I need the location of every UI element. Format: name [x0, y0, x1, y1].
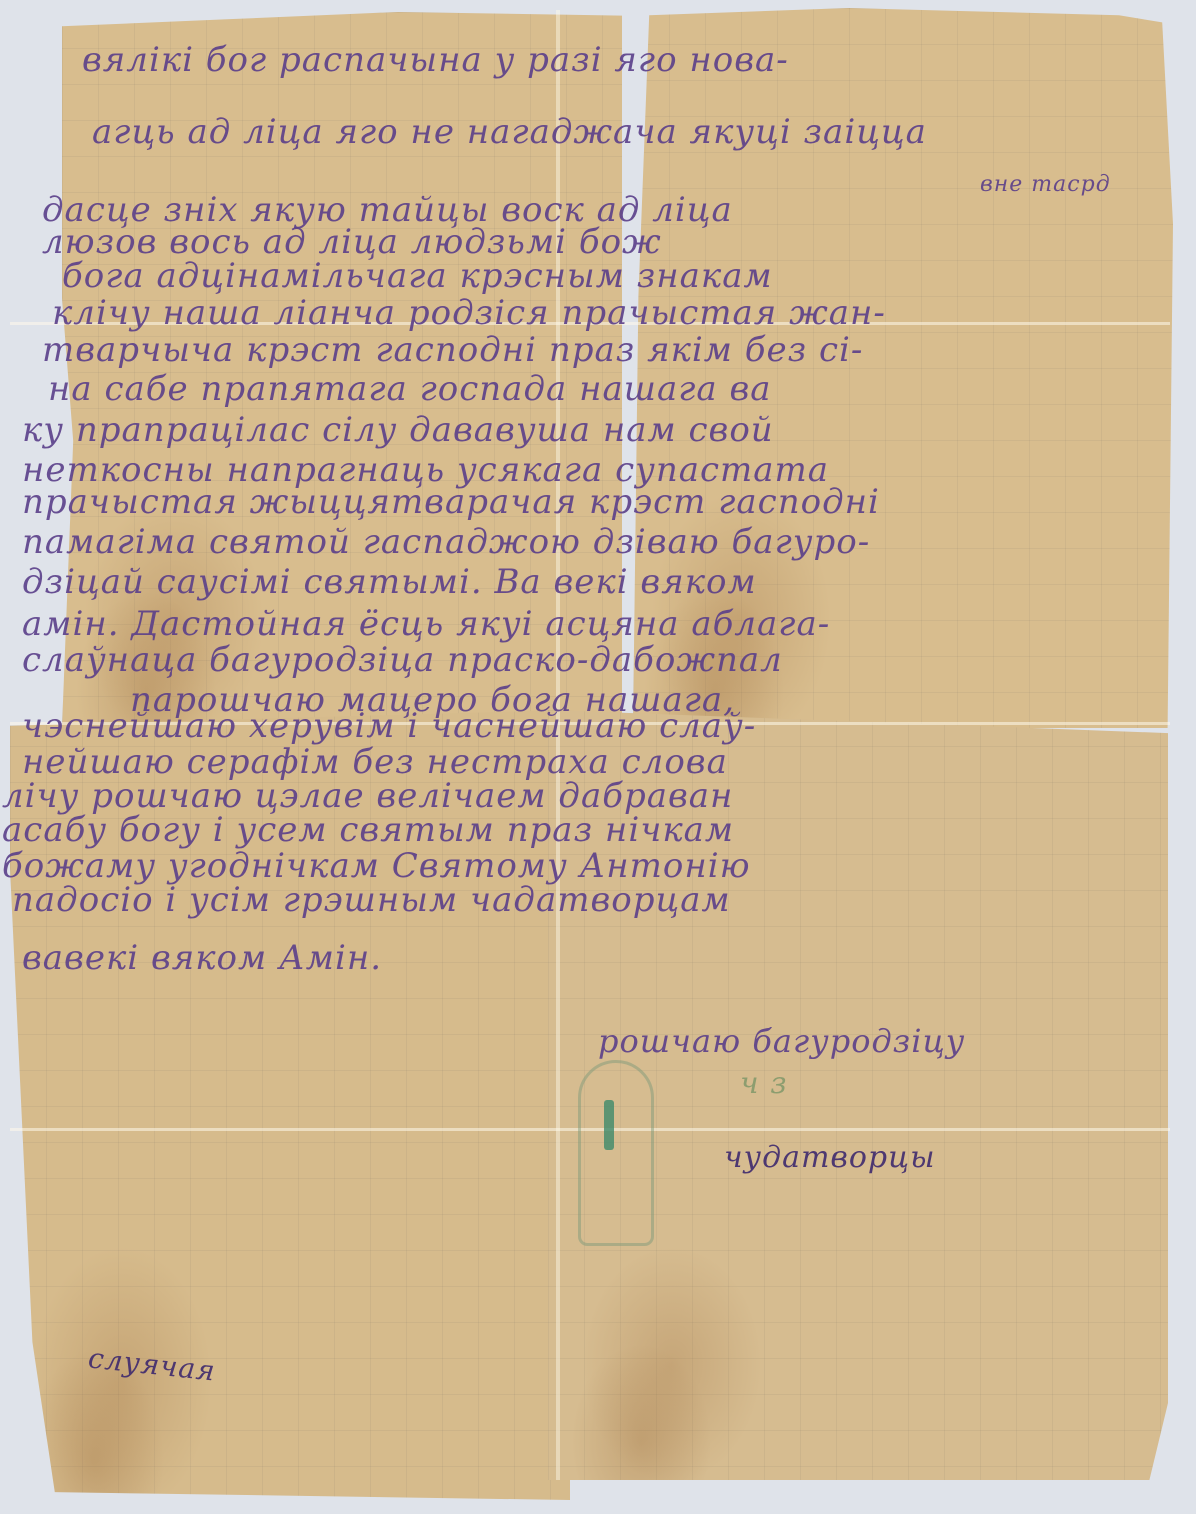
text-line: слаўнаца багуродзіца праско-дабожпал — [22, 640, 783, 680]
signature: чудатворцы — [724, 1140, 936, 1175]
text-line: чэснейшаю херувім і часнейшаю слаў- — [22, 706, 756, 746]
text-line: вялікі бог распачына у разі яго нова- — [82, 40, 789, 80]
text-line: на сабе прапятага госпада нашага ва — [48, 369, 772, 409]
text-line: дзіцай саусімі святымі. Ва векі вяком — [22, 562, 757, 602]
text-line: бога адцінамільчага крэсным знакам — [62, 256, 773, 296]
green-ink-mark — [604, 1100, 614, 1150]
text-line: амін. Дастойная ёсць якуі асцяна аблага- — [22, 604, 830, 644]
text-line: клічу наша ліанча родзіся прачыстая жан- — [52, 293, 886, 333]
green-annotation: ч з — [740, 1066, 788, 1101]
closing-text: рошчаю багуродзіцу — [598, 1022, 965, 1060]
text-line: прачыстая жыццятварачая крэст гасподні — [22, 482, 880, 522]
text-line: ку прапрацілас сілу дававуша нам свой — [22, 410, 774, 450]
text-line: падосіо і усім грэшным чадатворцам — [12, 880, 731, 920]
text-line: асабу богу і усем святым праз нічкам — [2, 810, 734, 850]
pencil-drawing — [578, 1060, 654, 1246]
text-line: агць ад ліца яго не нагаджача якуці заіц… — [92, 112, 927, 152]
marginal-note: вне тасрд — [980, 172, 1111, 197]
text-line: тварчыча крэст гасподні праз якім без сі… — [42, 330, 863, 370]
text-line: вавекі вяком Амін. — [22, 938, 382, 978]
text-line: памагіма святой гаспаджою дзіваю багуро- — [22, 522, 870, 562]
